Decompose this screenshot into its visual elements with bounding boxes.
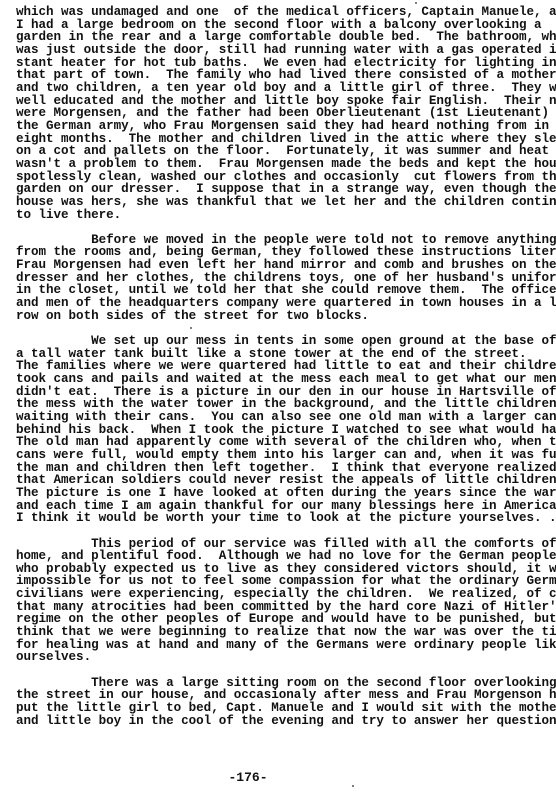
scan-speck: [190, 327, 192, 329]
text-line: row on both sides of the street for two …: [16, 310, 546, 323]
scan-speck: [415, 2, 417, 4]
text-line: wasn't a problem to them. Frau Morgensen…: [16, 158, 546, 171]
paragraph: There was a large sitting room on the se…: [16, 677, 546, 728]
text-line: and two children, a ten year old boy and…: [16, 82, 546, 95]
text-line: and men of the headquarters company were…: [16, 297, 546, 310]
text-line: to live there.: [16, 209, 546, 222]
text-line: house was hers, she was thankful that we…: [16, 196, 546, 209]
paragraph: Before we moved in the people were told …: [16, 234, 546, 323]
paragraph: which was undamaged and one of the medic…: [16, 6, 546, 221]
text-line: The picture is one I have looked at ofte…: [16, 487, 546, 500]
text-line: were Morgensen, and the father had been …: [16, 107, 546, 120]
text-line: took cans and pails and waited at the me…: [16, 373, 546, 386]
scan-speck: [352, 785, 354, 787]
page-number: -176-: [0, 770, 556, 785]
text-line: garden on our dresser. I suppose that in…: [16, 183, 546, 196]
text-line: put the little girl to bed, Capt. Manuel…: [16, 702, 546, 715]
text-line: think that we were beginning to realize …: [16, 626, 546, 639]
text-line: for healing was at hand and many of the …: [16, 639, 546, 652]
paragraph-gap: [16, 221, 546, 234]
text-line: Frau Morgensen had even left her hand mi…: [16, 259, 546, 272]
text-line: civilians were experiencing, especially …: [16, 588, 546, 601]
text-line: We set up our mess in tents in some open…: [16, 335, 546, 348]
paragraph-gap: [16, 525, 546, 538]
typewritten-page: which was undamaged and one of the medic…: [16, 6, 546, 727]
text-line: cans were full, would empty them into hi…: [16, 449, 546, 462]
text-line: the German army, who Frau Morgensen said…: [16, 120, 546, 133]
paragraph-gap: [16, 664, 546, 677]
text-line: waiting with their cans. You can also se…: [16, 411, 546, 424]
text-line: and little boy in the cool of the evenin…: [16, 715, 546, 728]
paragraph: We set up our mess in tents in some open…: [16, 335, 546, 525]
text-line: which was undamaged and one of the medic…: [16, 6, 546, 19]
text-line: I think it would be worth your time to l…: [16, 512, 546, 525]
text-line: was just outside the door, still had run…: [16, 44, 546, 57]
paragraph: This period of our service was filled wi…: [16, 538, 546, 665]
text-line: ourselves.: [16, 651, 546, 664]
text-line: on a cot and pallets on the floor. Fortu…: [16, 145, 546, 158]
text-line: that American soldiers could never resis…: [16, 474, 546, 487]
text-line: home, and plentiful food. Although we ha…: [16, 550, 546, 563]
